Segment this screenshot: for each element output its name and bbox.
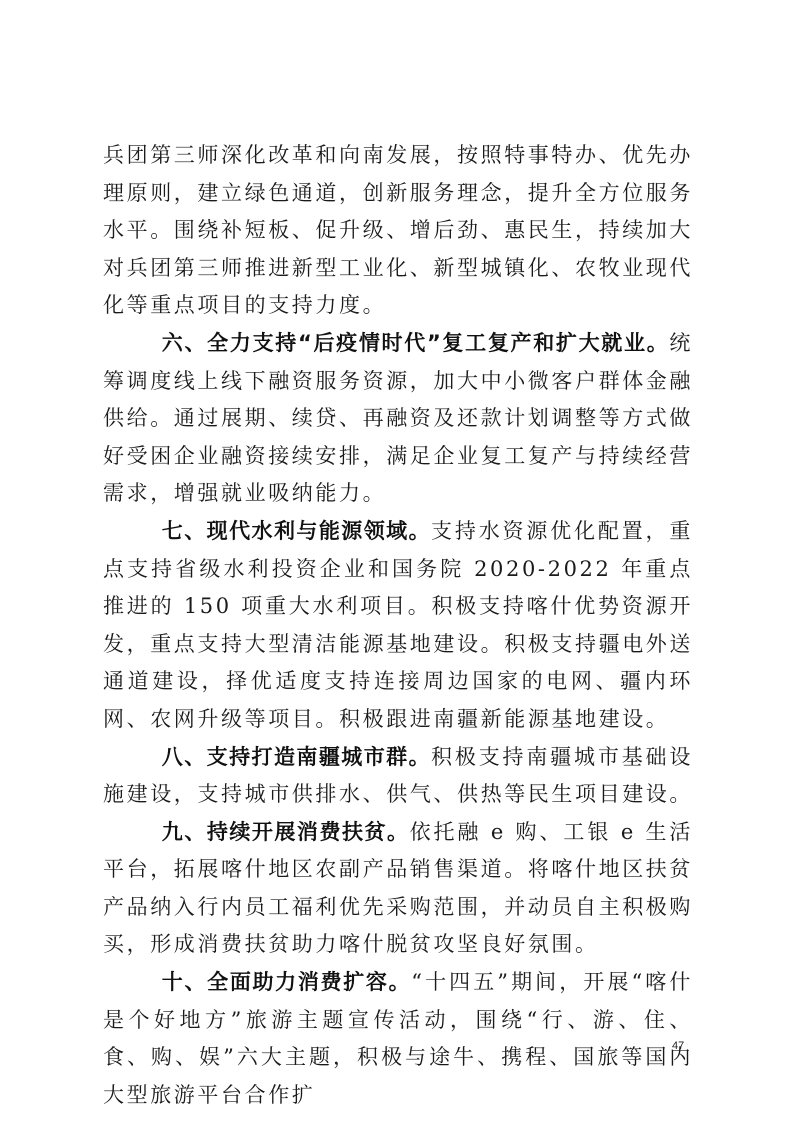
section-heading: 七、现代水利与能源领域。	[162, 519, 431, 543]
section-heading: 六、全力支持“后疫情时代”复工复产和扩大就业。	[162, 331, 670, 355]
document-body: 兵团第三师深化改革和向南发展，按照特事特办、优先办理原则，建立绿色通道，创新服务…	[103, 137, 693, 1114]
section-heading: 九、持续开展消费扶贫。	[162, 820, 410, 844]
section-heading: 八、支持打造南疆城市群。	[162, 745, 431, 769]
paragraph-section-7: 七、现代水利与能源领域。支持水资源优化配置，重点支持省级水利投资企业和国务院 2…	[103, 513, 693, 739]
paragraph-section-6: 六、全力支持“后疫情时代”复工复产和扩大就业。统筹调度线上线下融资服务资源，加大…	[103, 325, 693, 513]
paragraph-section-10: 十、全面助力消费扩容。“十四五”期间，开展“喀什是个好地方”旅游主题宣传活动，围…	[103, 964, 693, 1114]
paragraph-section-9: 九、持续开展消费扶贫。依托融 e 购、工银 e 生活平台，拓展喀什地区农副产品销…	[103, 814, 693, 964]
paragraph-section-8: 八、支持打造南疆城市群。积极支持南疆城市基础设施建设，支持城市供排水、供气、供热…	[103, 739, 693, 814]
page-number: 47	[672, 1040, 684, 1052]
paragraph-continued: 兵团第三师深化改革和向南发展，按照特事特办、优先办理原则，建立绿色通道，创新服务…	[103, 137, 693, 325]
section-heading: 十、全面助力消费扩容。	[162, 970, 411, 994]
paragraph-text: 兵团第三师深化改革和向南发展，按照特事特办、优先办理原则，建立绿色通道，创新服务…	[103, 143, 693, 317]
paragraph-text: 统筹调度线上线下融资服务资源，加大中小微客户群体金融供给。通过展期、续贷、再融资…	[103, 331, 693, 505]
paragraph-text: 支持水资源优化配置，重点支持省级水利投资企业和国务院 2020-2022 年重点…	[103, 519, 693, 731]
